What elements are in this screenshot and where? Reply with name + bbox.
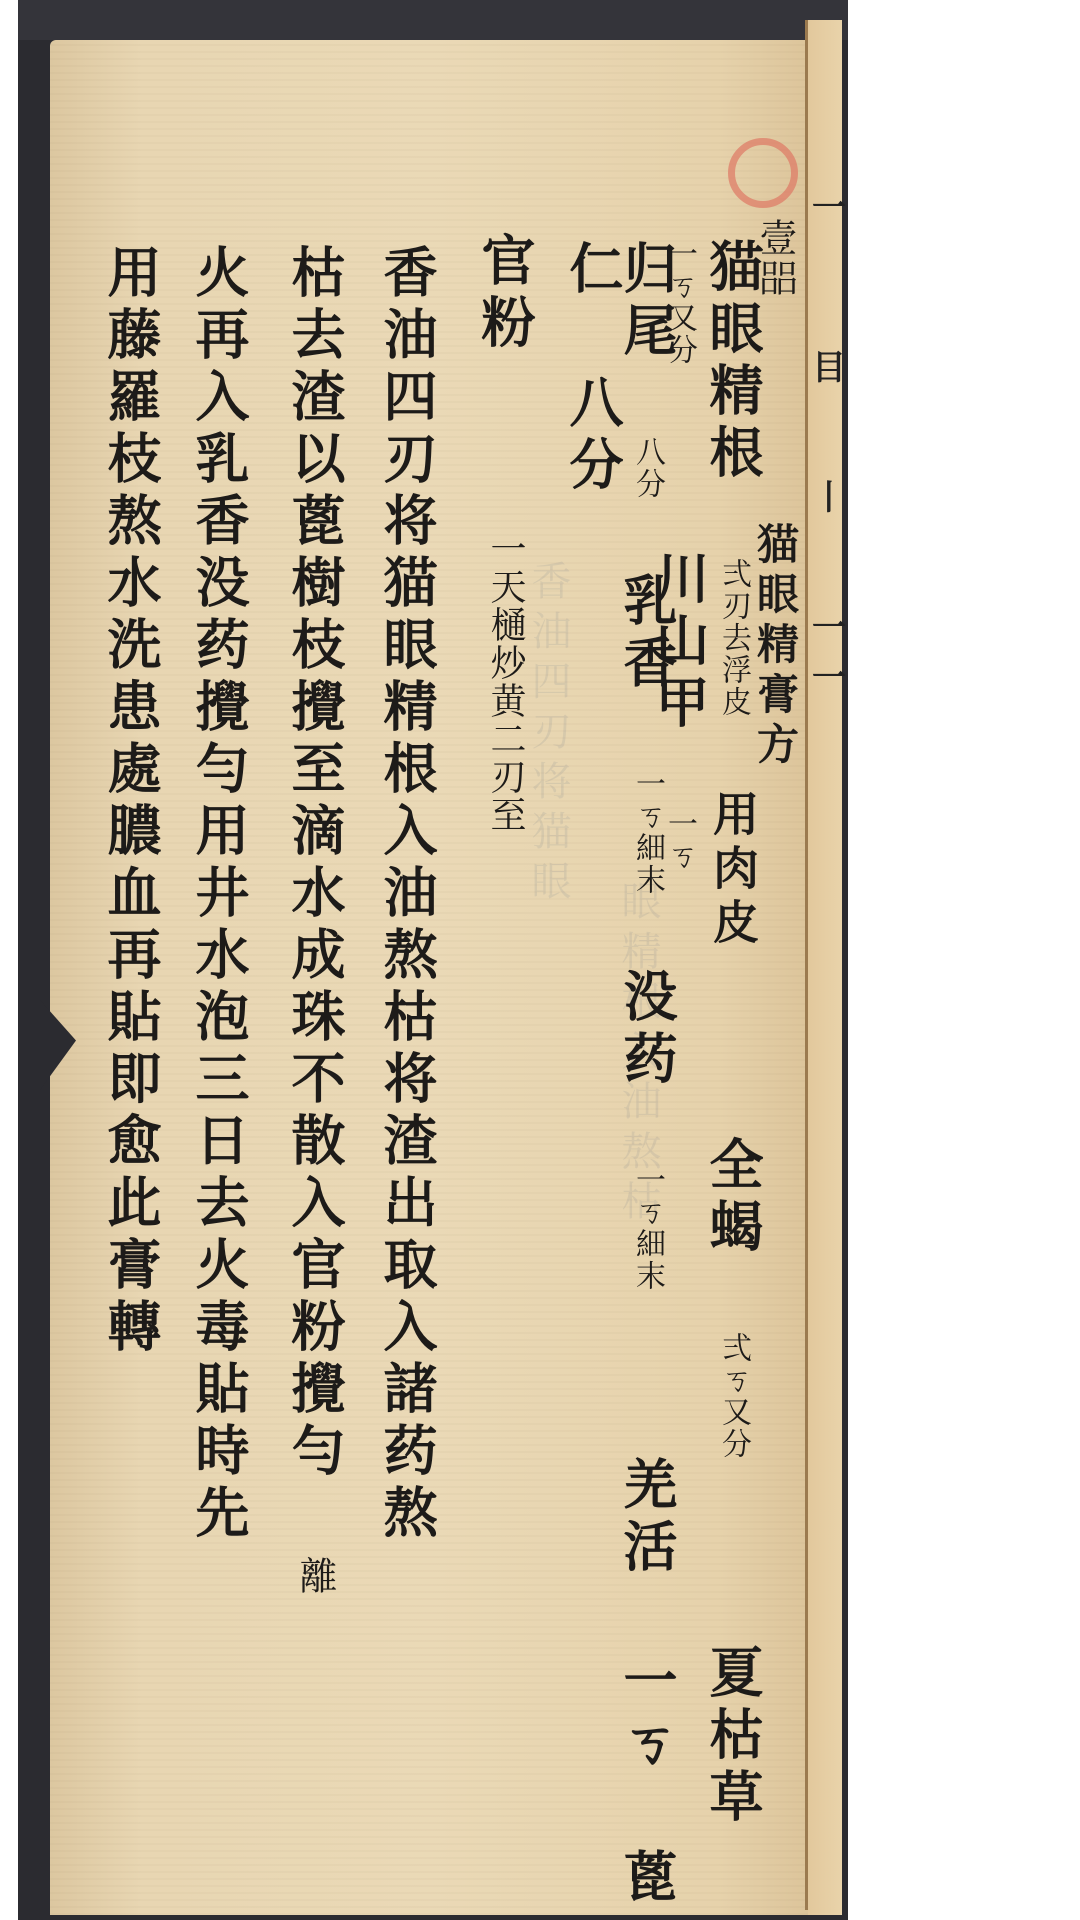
- ingredient: 全蝎: [701, 1136, 765, 1260]
- instruction-text: 香油四刃将猫眼精根入油熬枯将渣出取入諸药熬: [375, 244, 439, 1546]
- next-page-glyph: 一: [812, 600, 846, 649]
- ingredient: 乳香: [615, 572, 679, 696]
- column-5: 香油四刃将猫眼精根入油熬枯将渣出取入諸药熬: [380, 244, 434, 1546]
- binding-top-edge: [18, 0, 848, 40]
- instruction-text: 枯去渣以蓖樹枝攪至滴水成珠不散入官粉攪勻: [283, 244, 347, 1484]
- instruction-text: 火再入乳香没药攪勻用井水泡三日去火毒貼時先: [187, 244, 251, 1546]
- instruction-text: 用藤羅枝熬水洗患處膿血再貼即愈此膏轉: [99, 244, 163, 1360]
- ingredient: 夏枯草: [701, 1644, 765, 1830]
- dosage-note: 弍ㄎ又分: [716, 1332, 751, 1460]
- ingredient: 官粉: [473, 232, 537, 356]
- column-4: 官粉 一天樋炒黄二刃至: [478, 232, 532, 834]
- next-page-edge: [808, 20, 842, 1915]
- dosage-note: 八分: [630, 436, 665, 500]
- ingredient: 猫眼精根: [701, 238, 765, 486]
- preparation-note: 一天樋炒黄二刃至: [485, 530, 526, 834]
- next-page-glyph: 丨: [812, 470, 846, 519]
- dosage-note: 一ㄎ細末: [630, 768, 665, 896]
- dosage: 八分: [561, 374, 625, 498]
- column-7: 火再入乳香没药攪勻用井水泡三日去火毒貼時先: [192, 244, 246, 1546]
- next-page-glyph: 一: [812, 180, 846, 229]
- red-seal-stamp: [728, 138, 798, 208]
- next-page-glyph: 目: [812, 340, 846, 389]
- column-6: 枯去渣以蓖樹枝攪至滴水成珠不散入官粉攪勻 離: [288, 244, 342, 1596]
- ingredient: 羌活: [615, 1456, 679, 1580]
- ingredient: 没药: [615, 968, 679, 1092]
- dosage-note: 一ㄎ細末: [630, 1164, 665, 1292]
- dosage: 一ㄎ: [615, 1652, 679, 1776]
- column-8: 用藤羅枝熬水洗患處膿血再貼即愈此膏轉: [104, 244, 158, 1360]
- instruction-text-end: 離: [293, 1556, 337, 1596]
- column-3: 归尾 八分 乳香 一ㄎ細末 没药 一ㄎ細末 羌活 一ㄎ 蓖仁 八分: [566, 240, 674, 1920]
- note: 用肉皮: [706, 790, 760, 952]
- dosage-note: 弍刃去浮皮: [716, 558, 751, 718]
- next-page-glyph: 一: [812, 650, 846, 699]
